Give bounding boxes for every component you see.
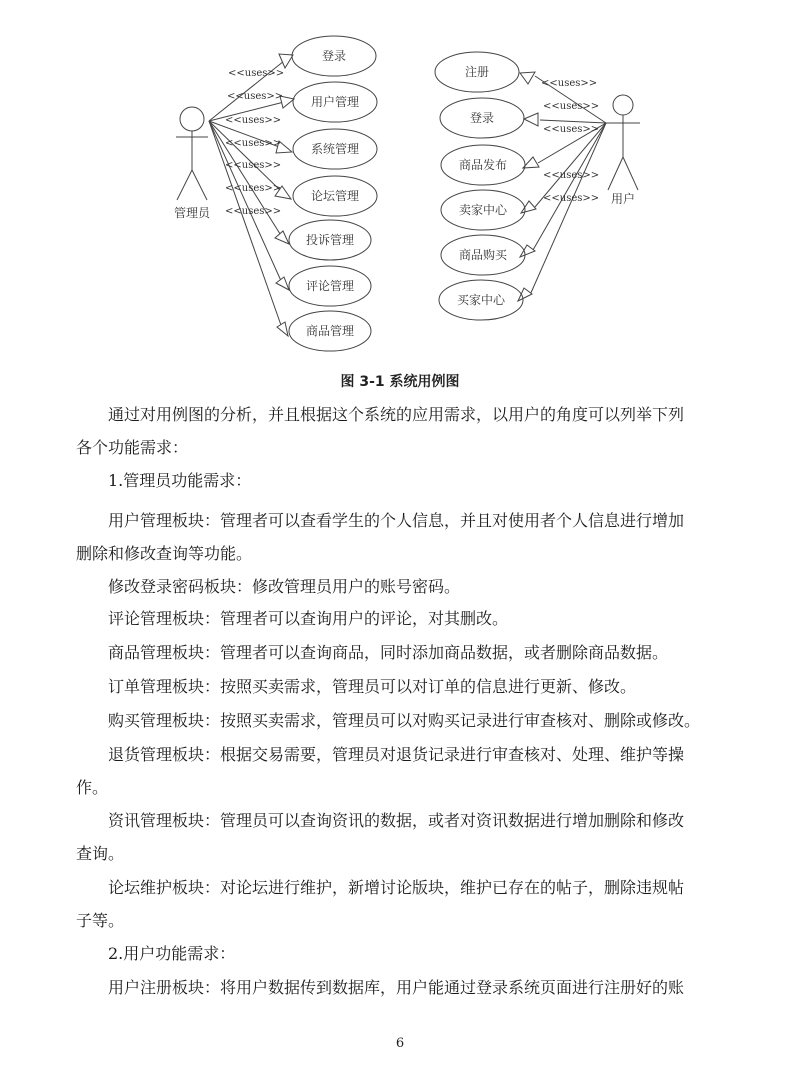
section-heading-admin: 1.管理员功能需求： <box>76 464 736 497</box>
use-case-label: 论坛管理 <box>311 189 359 203</box>
figure-caption: 图 3-1 系统用例图 <box>0 371 800 391</box>
paragraph-returns: 退货管理板块：根据交易需要，管理员对退货记录进行审查核对、处理、维护等操 作。 <box>76 738 736 804</box>
paragraph-line: 订单管理板块：按照买卖需求，管理员可以对订单的信息进行更新、修改。 <box>76 670 736 703</box>
page-number: 6 <box>0 1036 800 1051</box>
paragraph-line: 通过对用例图的分析，并且根据这个系统的应用需求，以用户的角度可以列举下列 <box>76 398 736 431</box>
paragraph-line: 2.用户功能需求： <box>76 937 736 970</box>
paragraph-line: 退货管理板块：根据交易需要，管理员对退货记录进行审查核对、处理、维护等操 <box>76 738 736 771</box>
use-case-label: 评论管理 <box>306 279 354 293</box>
use-case-label: 投诉管理 <box>306 232 354 247</box>
use-case-label: 商品发布 <box>459 157 507 172</box>
paragraph-line: 购买管理板块：按照买卖需求，管理员可以对购买记录进行审查核对、删除或修改。 <box>76 704 736 737</box>
paragraph-line: 修改登录密码板块：修改管理员用户的账号密码。 <box>76 570 736 603</box>
use-case-label: 买家中心 <box>457 292 506 307</box>
paragraph-line: 论坛维护板块：对论坛进行维护，新增讨论版块，维护已存在的帖子，删除违规帖 <box>76 871 736 904</box>
use-case-label: 注册 <box>465 65 489 79</box>
paragraph-line: 查询。 <box>76 837 736 870</box>
paragraph-registration: 用户注册板块：将用户数据传到数据库，用户能通过登录系统页面进行注册好的账 <box>76 971 736 1004</box>
paragraph-orders: 订单管理板块：按照买卖需求，管理员可以对订单的信息进行更新、修改。 <box>76 670 736 703</box>
use-case-label: 用户管理 <box>311 94 359 109</box>
use-case-label: 登录 <box>322 48 346 63</box>
use-case-label: 登录 <box>470 110 494 125</box>
paragraph-news: 资讯管理板块：管理员可以查询资讯的数据，或者对资讯数据进行增加删除和修改 查询。 <box>76 804 736 870</box>
paragraph-line: 资讯管理板块：管理员可以查询资讯的数据，或者对资讯数据进行增加删除和修改 <box>76 804 736 837</box>
uses-label: <<uses>> <box>543 170 599 181</box>
paragraph-line: 删除和修改查询等功能。 <box>76 537 736 570</box>
user-actor-icon <box>606 95 640 190</box>
use-case-label: 商品管理 <box>306 323 354 338</box>
use-case-label: 商品购买 <box>459 247 508 262</box>
section-heading-user: 2.用户功能需求： <box>76 937 736 970</box>
paragraph-intro: 通过对用例图的分析，并且根据这个系统的应用需求，以用户的角度可以列举下列 各个功… <box>76 398 736 464</box>
uses-label: <<uses>> <box>228 68 284 79</box>
paragraph-line: 各个功能需求： <box>76 431 736 464</box>
use-case-label: 卖家中心 <box>459 202 508 217</box>
use-case-diagram: 管理员 用户 登录 用户管理 系统管理 论坛管理 投诉管理 评论管理 商品管理 … <box>0 0 800 365</box>
uses-label: <<uses>> <box>225 206 281 217</box>
paragraph-line: 评论管理板块：管理者可以查询用户的评论，对其删改。 <box>76 602 736 635</box>
user-actor-label: 用户 <box>611 191 635 206</box>
use-case-label: 系统管理 <box>311 141 359 156</box>
uses-label: <<uses>> <box>227 91 283 102</box>
paragraph-forum: 论坛维护板块：对论坛进行维护，新增讨论版块，维护已存在的帖子，删除违规帖 子等。 <box>76 871 736 937</box>
uses-label: <<uses>> <box>225 183 281 194</box>
uses-label: <<uses>> <box>225 138 281 149</box>
uses-label: <<uses>> <box>225 115 281 126</box>
paragraph-user-management: 用户管理板块：管理者可以查看学生的个人信息，并且对使用者个人信息进行增加 删除和… <box>76 504 736 570</box>
paragraph-password: 修改登录密码板块：修改管理员用户的账号密码。 <box>76 570 736 603</box>
paragraph-line: 商品管理板块：管理者可以查询商品，同时添加商品数据，或者删除商品数据。 <box>76 636 736 669</box>
paragraph-comments: 评论管理板块：管理者可以查询用户的评论，对其删改。 <box>76 602 736 635</box>
paragraph-line: 用户注册板块：将用户数据传到数据库，用户能通过登录系统页面进行注册好的账 <box>76 971 736 1004</box>
uses-label: <<uses>> <box>541 78 597 89</box>
paragraph-line: 作。 <box>76 771 736 804</box>
uses-label: <<uses>> <box>543 124 599 135</box>
paragraph-line: 用户管理板块：管理者可以查看学生的个人信息，并且对使用者个人信息进行增加 <box>76 504 736 537</box>
uses-label: <<uses>> <box>543 101 599 112</box>
paragraph-purchases: 购买管理板块：按照买卖需求，管理员可以对购买记录进行审查核对、删除或修改。 <box>76 704 736 737</box>
uses-label: <<uses>> <box>225 160 281 171</box>
admin-actor-icon <box>176 107 208 200</box>
admin-actor-label: 管理员 <box>174 206 211 220</box>
paragraph-line: 1.管理员功能需求： <box>76 464 736 497</box>
uses-label: <<uses>> <box>543 193 599 204</box>
paragraph-line: 子等。 <box>76 904 736 937</box>
paragraph-products: 商品管理板块：管理者可以查询商品，同时添加商品数据，或者删除商品数据。 <box>76 636 736 669</box>
